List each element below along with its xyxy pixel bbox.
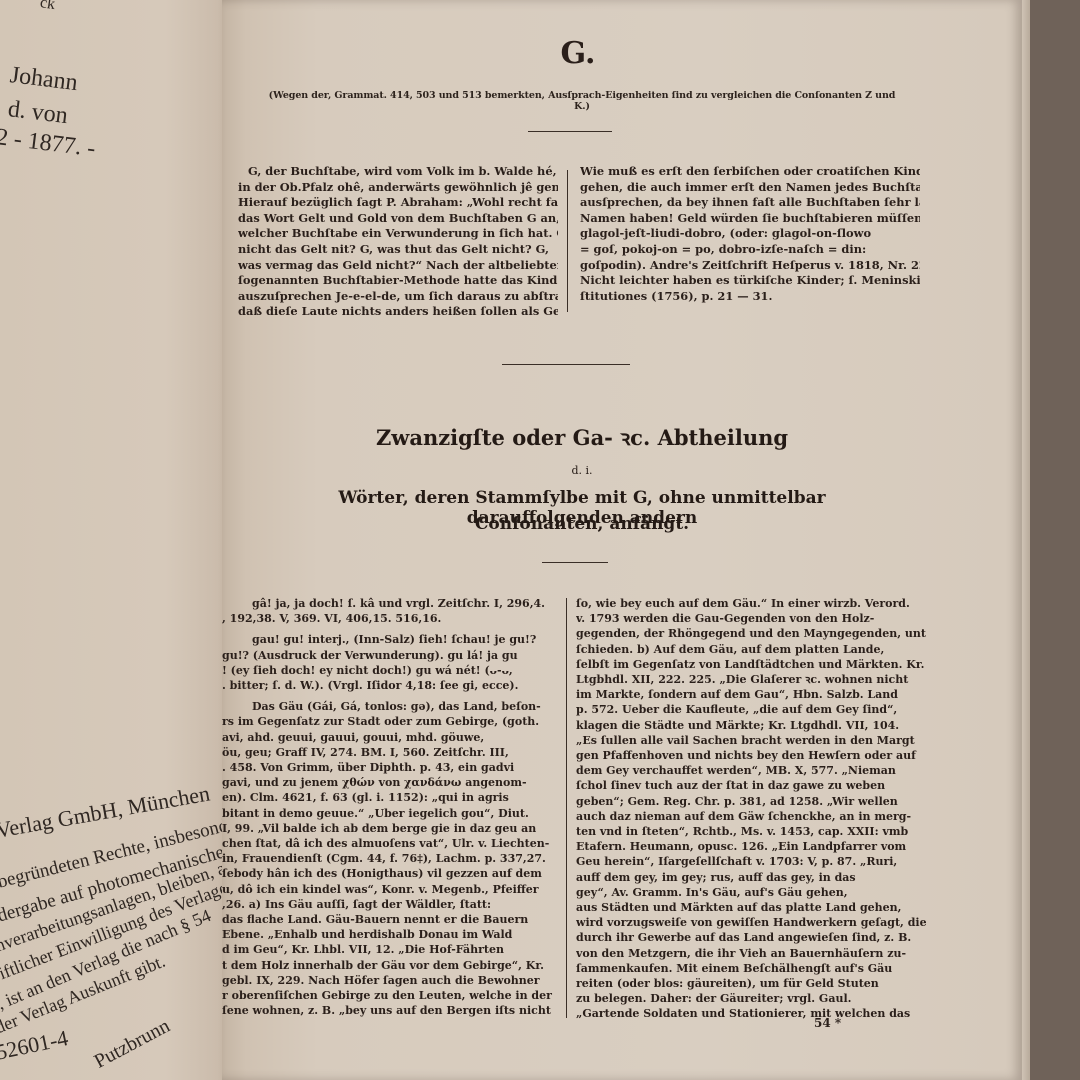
text-line: in, Frauendienſt (Cgm. 44, f. 76‡), Lach…: [222, 851, 562, 866]
left-page-fragment: 2 - 1877. -: [0, 124, 97, 163]
printer-location: Putzbrunn: [91, 1015, 174, 1074]
text-line: goſpodin). Andre's Zeitſchrift Heſperus …: [580, 258, 920, 274]
text-line: Hierauf bezüglich ſagt P. Abraham: „Wohl…: [238, 195, 558, 211]
text-line: ſchieden. b) Auf dem Gäu, auf dem platte…: [576, 642, 926, 657]
text-line: bitant in demo geuue.“ „Uber iegelich go…: [222, 806, 562, 821]
section-title: Zwanzigſte oder Ga- ꝛc. Abtheilung: [262, 424, 902, 452]
text-line: nicht das Gelt nit? G, was thut das Gelt…: [238, 242, 558, 258]
text-line: „Es ſullen alle vail Sachen bracht werde…: [576, 733, 926, 748]
divider-rule: [528, 131, 612, 132]
text-line: . bitter; ſ. d. W.). (Vrgl. Iſidor 4,18:…: [222, 678, 562, 693]
text-line: Etafern. Heumann, opusc. 126. „Ein Landp…: [576, 839, 926, 854]
text-line: ſchol ſinev tuch auz der ſtat in daz gaw…: [576, 778, 926, 793]
text-line: Geu herein“, Iſargeſellſchaft v. 1703: V…: [576, 854, 926, 869]
text-line: , 192,38. V, 369. VI, 406,15. 516,16.: [222, 611, 562, 626]
text-line: das Wort Gelt und Gold von dem Buchſtabe…: [238, 211, 558, 227]
text-line: Ltgbhdl. XII, 222. 225. „Die Glaſerer ꝛc…: [576, 672, 926, 687]
text-line: gen Pfaffenhoven und nichts bey den Hewſ…: [576, 748, 926, 763]
left-page-fragment: d. von: [6, 96, 69, 130]
divider-rule: [542, 562, 608, 563]
intro-right-column: Wie muß es erſt den ſerbiſchen oder croa…: [580, 164, 920, 304]
text-line: was vermag das Geld nicht?“ Nach der alt…: [238, 258, 558, 274]
text-line: u, dô ich ein kindel was“, Konr. v. Mege…: [222, 882, 562, 897]
text-line: welcher Buchſtabe ein Verwunderung in ſi…: [238, 226, 558, 242]
text-line: ſebody hân ich des (Honigthaus) vil gezz…: [222, 866, 562, 881]
text-line: klagen die Städte und Märkte; Kr. Ltgdhd…: [576, 718, 926, 733]
text-line: ſammenkaufen. Mit einem Beſchälhengſt au…: [576, 961, 926, 976]
text-line: zu belegen. Daher: der Gäureiter; vrgl. …: [576, 991, 926, 1006]
text-line: öu, geu; Graff IV, 274. BM. I, 560. Zeit…: [222, 745, 562, 760]
section-di: d. i.: [262, 464, 902, 477]
text-line: chen ſtat, dâ ich des almuoſens vat“, Ul…: [222, 836, 562, 851]
text-line: gehen, die auch immer erſt den Namen jed…: [580, 180, 920, 196]
text-line: gegenden, der Rhöngegend und den Mayngeg…: [576, 626, 926, 641]
column-divider: [566, 598, 567, 1018]
left-page-fragment: ck: [39, 0, 56, 14]
text-line: auff dem gey, im gey; rus, auff das gey,…: [576, 870, 926, 885]
section-letter-heading: G.: [548, 36, 608, 71]
text-line: Nicht leichter haben es türkiſche Kinder…: [580, 273, 920, 289]
text-line: r oberenſiſchen Gebirge zu den Leuten, w…: [222, 988, 562, 1003]
text-line: auszuſprechen Je-e-el-de, um ſich daraus…: [238, 289, 558, 305]
text-line: gu!? (Ausdruck der Verwunderung). gu lá!…: [222, 648, 562, 663]
text-line: ſelbſt im Gegenſatz von Landſtädtchen un…: [576, 657, 926, 672]
entry-ga: gâ! ja, ja doch! ſ. kâ und vrgl. Zeitſch…: [222, 596, 562, 611]
text-line: in der Ob.Pfalz ohê, anderwärts gewöhnli…: [238, 180, 558, 196]
divider-rule: [502, 364, 630, 365]
text-line: v. 1793 werden die Gau-Gegenden von den …: [576, 611, 926, 626]
text-line: ten vnd in ſteten“, Rchtb., Ms. v. 1453,…: [576, 824, 926, 839]
text-line: avi, ahd. geuui, gauui, gouui, mhd. göuw…: [222, 730, 562, 745]
intro-left-column: G, der Buchſtabe, wird vom Volk im b. Wa…: [238, 164, 558, 320]
text-line: = goſ, pokoj-on = po, dobro-izſe-naſch =…: [580, 242, 920, 258]
text-line: en). Clm. 4621, f. 63 (gl. i. 1152): „qu…: [222, 790, 562, 805]
section-subtitle: Conſonanten, anfängt.: [262, 514, 902, 534]
text-line: . 458. Von Grimm, über Diphth. p. 43, ei…: [222, 760, 562, 775]
text-line: ſogenannten Buchſtabier-Methode hatte da…: [238, 273, 558, 289]
column-divider: [567, 170, 568, 312]
text-line: gavi, und zu jenem χθών von χανδάνω ange…: [222, 775, 562, 790]
entry-gau-interj: gau! gu! interj., (Inn-Salz) ſieh! ſchau…: [222, 632, 562, 647]
text-line: ſene wohnen, z. B. „bey uns auf den Berg…: [222, 1003, 562, 1018]
text-line: glagol-jeſt-liudi-dobro, (oder: glagol-o…: [580, 226, 920, 242]
text-line: im Markte, ſondern auf dem Gau“, Hbn. Sa…: [576, 687, 926, 702]
text-line: reiten (oder blos: gäureiten), um für Ge…: [576, 976, 926, 991]
text-line: p. 572. Ueber die Kaufleute, „die auf de…: [576, 702, 926, 717]
text-line: das flache Land. Gäu-Bauern nennt er die…: [222, 912, 562, 927]
text-line: ausſprechen, da bey ihnen faſt alle Buch…: [580, 195, 920, 211]
text-line: aus Städten und Märkten auf das platte L…: [576, 900, 926, 915]
text-line: rs im Gegenſatz zur Stadt oder zum Gebir…: [222, 714, 562, 729]
text-line: ſtitutiones (1756), p. 21 — 31.: [580, 289, 920, 305]
text-line: t dem Holz innerhalb der Gäu vor dem Geb…: [222, 958, 562, 973]
text-line: geben“; Gem. Reg. Chr. p. 381, ad 1258. …: [576, 794, 926, 809]
body-left-column: gâ! ja, ja doch! ſ. kâ und vrgl. Zeitſch…: [222, 596, 562, 1018]
text-line: ! (ey ſieh doch! ey nicht doch!) gu wá n…: [222, 663, 562, 678]
left-page-fragment: Johann: [8, 62, 79, 97]
text-line: daß dieſe Laute nichts anders heißen ſol…: [238, 304, 558, 320]
text-line: gey“, Av. Gramm. In's Gäu, auf's Gäu geh…: [576, 885, 926, 900]
page-number: 54 *: [814, 1016, 841, 1030]
page-edge: [1022, 0, 1030, 1080]
text-line: Namen haben! Geld würden ſie buchſtabier…: [580, 211, 920, 227]
text-line: von den Metzgern, die ihr Vieh an Bauern…: [576, 946, 926, 961]
text-line: ,26. a) Ins Gäu auſſi, ſagt der Wäldler,…: [222, 897, 562, 912]
section-note: (Wegen der, Grammat. 414, 503 und 513 be…: [262, 90, 902, 112]
text-line: wird vorzugsweiſe von gewiſſen Handwerke…: [576, 915, 926, 930]
text-line: Ebene. „Enhalb und herdishalb Donau im W…: [222, 927, 562, 942]
text-line: gebl. IX, 229. Nach Höfer ſagen auch die…: [222, 973, 562, 988]
text-line: G, der Buchſtabe, wird vom Volk im b. Wa…: [238, 164, 558, 180]
text-line: Wie muß es erſt den ſerbiſchen oder croa…: [580, 164, 920, 180]
text-line: durch ihr Gewerbe auf das Land angewieſe…: [576, 930, 926, 945]
left-facing-page: ck Johann d. von 2 - 1877. - Verlag GmbH…: [0, 0, 236, 1080]
text-line: dem Gey verchauffet werden“, MB. X, 577.…: [576, 763, 926, 778]
text-line: „Gartende Soldaten und Stationierer, mit…: [576, 1006, 926, 1021]
body-right-column: ſo, wie bey euch auf dem Gäu.“ In einer …: [576, 596, 926, 1022]
text-line: I, 99. „Vil balde ich ab dem berge gie i…: [222, 821, 562, 836]
entry-das-gaeu: Das Gäu (Gái, Gá, tonlos: gə), das Land,…: [222, 699, 562, 714]
text-line: auch daz nieman auf dem Gäw ſchenckhe, a…: [576, 809, 926, 824]
text-line: ſo, wie bey euch auf dem Gäu.“ In einer …: [576, 596, 926, 611]
text-line: d im Geu“, Kr. Lhbl. VII, 12. „Die Hof-F…: [222, 942, 562, 957]
